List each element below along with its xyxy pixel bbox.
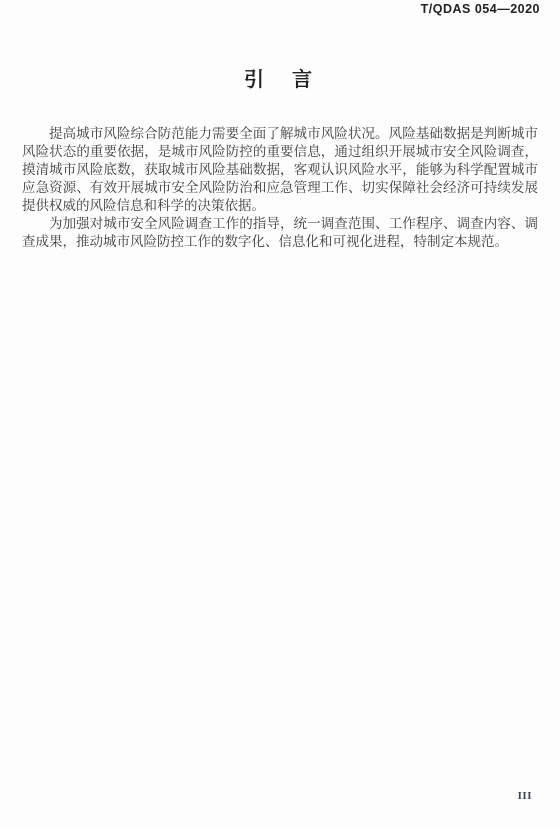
page-number: III (518, 790, 532, 802)
standard-code: T/QDAS 054—2020 (421, 2, 540, 16)
document-body: 提高城市风险综合防范能力需要全面了解城市风险状况。风险基础数据是判断城市风险状态… (22, 125, 538, 251)
body-paragraph: 为加强对城市安全风险调查工作的指导，统一调查范围、工作程序、调查内容、调查成果，… (22, 215, 538, 251)
body-paragraph: 提高城市风险综合防范能力需要全面了解城市风险状况。风险基础数据是判断城市风险状态… (22, 125, 538, 215)
document-page: T/QDAS 054—2020 引 言 提高城市风险综合防范能力需要全面了解城市… (0, 0, 560, 827)
page-title: 引 言 (0, 63, 560, 92)
